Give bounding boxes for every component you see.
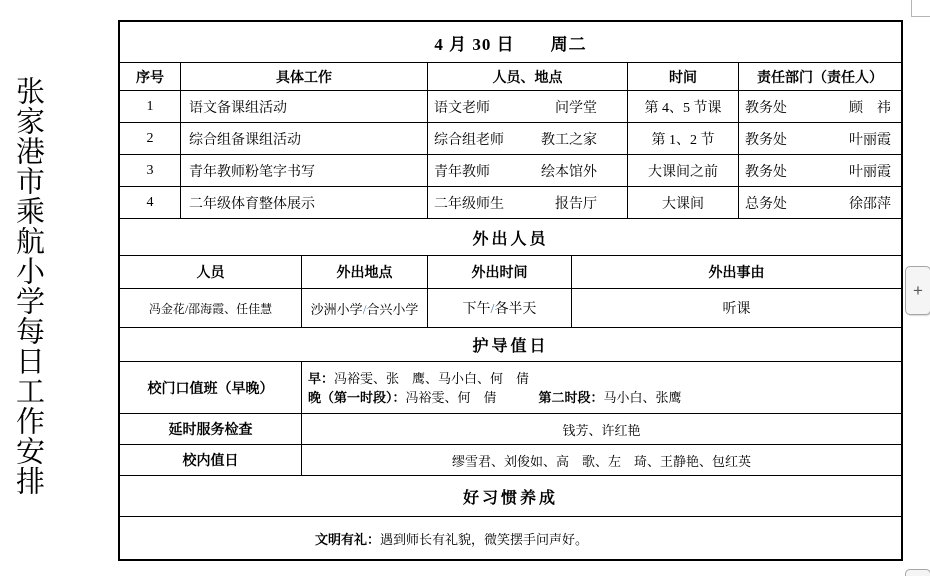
- scrollbar-top-corner[interactable]: [911, 0, 930, 17]
- row1-dept-cell[interactable]: 教务处顾 祎: [738, 91, 901, 122]
- row2-dept: 教务处: [745, 129, 787, 149]
- outing-people-cell[interactable]: 冯金花/邵海霞、任佳慧: [120, 289, 301, 327]
- document-page: { "page": { "side_title": "张家港市乘航小学每日工作安…: [0, 0, 930, 576]
- outing-reason: 听课: [723, 298, 751, 318]
- header-dept-cell[interactable]: 责任部门（责任人）: [738, 63, 901, 90]
- row2-people: 综合组老师: [434, 129, 504, 149]
- duty-morning-label: 早：: [308, 371, 334, 386]
- row1-no: 1: [147, 99, 154, 115]
- row3-dept: 教务处: [745, 161, 787, 181]
- outing-header-reason: 外出事由: [709, 262, 765, 282]
- row4-time-cell[interactable]: 大课间: [627, 187, 738, 218]
- outing-place: 沙洲小学/合兴小学: [311, 299, 419, 318]
- row2-person: 叶丽霞: [849, 129, 891, 149]
- duty-evening2-names: 马小白、张鹰: [604, 390, 682, 405]
- outing-header-time: 外出时间: [472, 262, 528, 282]
- row2-people-place-cell[interactable]: 综合组老师教工之家: [427, 123, 627, 154]
- header-no-cell[interactable]: 序号: [120, 63, 180, 90]
- outing-place-cell[interactable]: 沙洲小学/合兴小学: [301, 289, 427, 327]
- row3-time-cell[interactable]: 大课间之前: [627, 155, 738, 186]
- duty-gate-label-cell[interactable]: 校门口值班（早晚）: [120, 362, 301, 413]
- row1-task-cell[interactable]: 语文备课组活动: [180, 91, 427, 122]
- habit-content-cell[interactable]: 文明有礼：遇到师长有礼貌，微笑摆手问声好。: [120, 517, 901, 559]
- row1-people: 语文老师: [434, 97, 490, 117]
- document-side-title[interactable]: 张家港市乘航小学每日工作安排: [13, 76, 42, 506]
- row1-time: 第 4、5 节课: [645, 97, 722, 117]
- row4-task-cell[interactable]: 二年级体育整体展示: [180, 187, 427, 218]
- header-no: 序号: [136, 67, 164, 87]
- outing-time: 下午/各半天: [463, 298, 537, 318]
- duty-campus-label: 校内值日: [183, 450, 239, 470]
- header-task-cell[interactable]: 具体工作: [180, 63, 427, 90]
- row4-dept: 总务处: [745, 193, 787, 213]
- outing-header-people-cell[interactable]: 人员: [120, 256, 301, 288]
- scrollbar-bottom-corner[interactable]: [905, 569, 930, 576]
- habit-text: 遇到师长有礼貌，微笑摆手问声好。: [380, 532, 588, 547]
- row3-task: 青年教师粉笔字书写: [189, 161, 315, 181]
- outing-header-reason-cell[interactable]: 外出事由: [571, 256, 901, 288]
- header-dept: 责任部门（责任人）: [757, 67, 883, 87]
- outing-people: 冯金花/邵海霞、任佳慧: [149, 300, 272, 317]
- schedule-header-row: 序号 具体工作 人员、地点 时间 责任部门（责任人）: [120, 62, 901, 90]
- document-canvas: 张家港市乘航小学每日工作安排 4 月 30 日 周二 序号 具体工作 人员、地点…: [0, 0, 930, 576]
- schedule-row-3: 3 青年教师粉笔字书写 青年教师绘本馆外 大课间之前 教务处叶丽霞: [120, 154, 901, 186]
- duty-title-cell[interactable]: 护导值日: [120, 328, 901, 361]
- duty-delay-content: 钱芳、许红艳: [562, 420, 640, 439]
- row2-time: 第 1、2 节: [652, 129, 715, 149]
- row3-people: 青年教师: [434, 161, 490, 181]
- row3-task-cell[interactable]: 青年教师粉笔字书写: [180, 155, 427, 186]
- schedule-row-1: 1 语文备课组活动 语文老师问学堂 第 4、5 节课 教务处顾 祎: [120, 90, 901, 122]
- header-time: 时间: [669, 67, 697, 87]
- row4-time: 大课间: [662, 193, 704, 213]
- outing-title-cell[interactable]: 外出人员: [120, 219, 901, 255]
- habit-label: 文明有礼：: [315, 532, 380, 547]
- duty-campus-row: 校内值日 缪雪君、刘俊如、高 歌、左 琦、王静艳、包红英: [120, 444, 901, 475]
- row2-task-cell[interactable]: 综合组备课组活动: [180, 123, 427, 154]
- row1-person: 顾 祎: [849, 97, 891, 117]
- outing-header-place-cell[interactable]: 外出地点: [301, 256, 427, 288]
- duty-gate-row: 校门口值班（早晚） 早：冯裕雯、张 鹰、马小白、何 倩 晚（第一时段）：冯裕雯、…: [120, 361, 901, 413]
- row4-dept-cell[interactable]: 总务处徐邵萍: [738, 187, 901, 218]
- row2-dept-cell[interactable]: 教务处叶丽霞: [738, 123, 901, 154]
- row4-no: 4: [147, 195, 154, 211]
- duty-evening1-names: 冯裕雯、何 倩: [406, 390, 497, 405]
- date-title: 4 月 30 日 周二: [434, 30, 586, 55]
- outing-header-row: 人员 外出地点 外出时间 外出事由: [120, 255, 901, 288]
- outing-data-row: 冯金花/邵海霞、任佳慧 沙洲小学/合兴小学 下午/各半天 听课: [120, 288, 901, 327]
- row3-place: 绘本馆外: [541, 161, 597, 181]
- duty-campus-content: 缪雪君、刘俊如、高 歌、左 琦、王静艳、包红英: [452, 451, 751, 470]
- duty-gate-content-cell[interactable]: 早：冯裕雯、张 鹰、马小白、何 倩 晚（第一时段）：冯裕雯、何 倩第二时段：马小…: [301, 362, 901, 413]
- row1-time-cell[interactable]: 第 4、5 节课: [627, 91, 738, 122]
- header-people-place-cell[interactable]: 人员、地点: [427, 63, 627, 90]
- date-title-cell[interactable]: 4 月 30 日 周二: [120, 22, 901, 62]
- row4-people: 二年级师生: [434, 193, 504, 213]
- row3-people-place-cell[interactable]: 青年教师绘本馆外: [427, 155, 627, 186]
- row1-task: 语文备课组活动: [189, 97, 287, 117]
- row3-dept-cell[interactable]: 教务处叶丽霞: [738, 155, 901, 186]
- outing-header-time-cell[interactable]: 外出时间: [427, 256, 571, 288]
- row3-time: 大课间之前: [648, 161, 718, 181]
- date-title-row: 4 月 30 日 周二: [120, 22, 901, 62]
- duty-gate-label: 校门口值班（早晚）: [148, 378, 274, 398]
- row3-no: 3: [147, 163, 154, 179]
- habit-title: 好习惯养成: [463, 485, 558, 508]
- habit-content-row: 文明有礼：遇到师长有礼貌，微笑摆手问声好。: [120, 516, 901, 559]
- row3-person: 叶丽霞: [849, 161, 891, 181]
- header-people-place: 人员、地点: [493, 67, 563, 87]
- outing-time-cell[interactable]: 下午/各半天: [427, 289, 571, 327]
- header-task: 具体工作: [276, 67, 332, 87]
- habit-title-cell[interactable]: 好习惯养成: [120, 476, 901, 516]
- outing-title-row: 外出人员: [120, 218, 901, 255]
- header-time-cell[interactable]: 时间: [627, 63, 738, 90]
- row4-no-cell[interactable]: 4: [120, 187, 180, 218]
- plus-icon: +: [913, 282, 923, 299]
- row3-no-cell[interactable]: 3: [120, 155, 180, 186]
- row2-time-cell[interactable]: 第 1、2 节: [627, 123, 738, 154]
- duty-title: 护导值日: [472, 333, 548, 356]
- outing-reason-cell[interactable]: 听课: [571, 289, 901, 327]
- duty-gate-evening-line: 晚（第一时段）：冯裕雯、何 倩第二时段：马小白、张鹰: [308, 388, 682, 407]
- schedule-row-4: 4 二年级体育整体展示 二年级师生报告厅 大课间 总务处徐邵萍: [120, 186, 901, 218]
- duty-delay-label-cell[interactable]: 延时服务检查: [120, 414, 301, 444]
- plus-button[interactable]: +: [905, 266, 930, 315]
- duty-gate-morning-line: 早：冯裕雯、张 鹰、马小白、何 倩: [308, 369, 529, 388]
- outing-title: 外出人员: [472, 226, 548, 249]
- row4-person: 徐邵萍: [849, 193, 891, 213]
- row2-no-cell[interactable]: 2: [120, 123, 180, 154]
- daily-schedule-table: 4 月 30 日 周二 序号 具体工作 人员、地点 时间 责任部门（责任人） 1…: [118, 20, 903, 561]
- schedule-row-2: 2 综合组备课组活动 综合组老师教工之家 第 1、2 节 教务处叶丽霞: [120, 122, 901, 154]
- row2-place: 教工之家: [541, 129, 597, 149]
- row1-no-cell[interactable]: 1: [120, 91, 180, 122]
- duty-evening1-label: 晚（第一时段）：: [308, 390, 406, 405]
- duty-delay-content-cell[interactable]: 钱芳、许红艳: [301, 414, 901, 444]
- row1-dept: 教务处: [745, 97, 787, 117]
- duty-morning-names: 冯裕雯、张 鹰、马小白、何 倩: [334, 371, 529, 386]
- outing-header-people: 人员: [197, 262, 225, 282]
- duty-delay-label: 延时服务检查: [169, 419, 253, 439]
- row1-people-place-cell[interactable]: 语文老师问学堂: [427, 91, 627, 122]
- habit-title-row: 好习惯养成: [120, 475, 901, 516]
- row1-place: 问学堂: [555, 97, 597, 117]
- row2-task: 综合组备课组活动: [189, 129, 301, 149]
- duty-evening2-label: 第二时段：: [539, 390, 604, 405]
- outing-header-place: 外出地点: [337, 262, 393, 282]
- row4-people-place-cell[interactable]: 二年级师生报告厅: [427, 187, 627, 218]
- row4-place: 报告厅: [555, 193, 597, 213]
- habit-content: 文明有礼：遇到师长有礼貌，微笑摆手问声好。: [315, 529, 588, 548]
- duty-title-row: 护导值日: [120, 327, 901, 361]
- row2-no: 2: [147, 131, 154, 147]
- row4-task: 二年级体育整体展示: [189, 193, 315, 213]
- duty-campus-content-cell[interactable]: 缪雪君、刘俊如、高 歌、左 琦、王静艳、包红英: [301, 445, 901, 475]
- duty-campus-label-cell[interactable]: 校内值日: [120, 445, 301, 475]
- duty-delay-row: 延时服务检查 钱芳、许红艳: [120, 413, 901, 444]
